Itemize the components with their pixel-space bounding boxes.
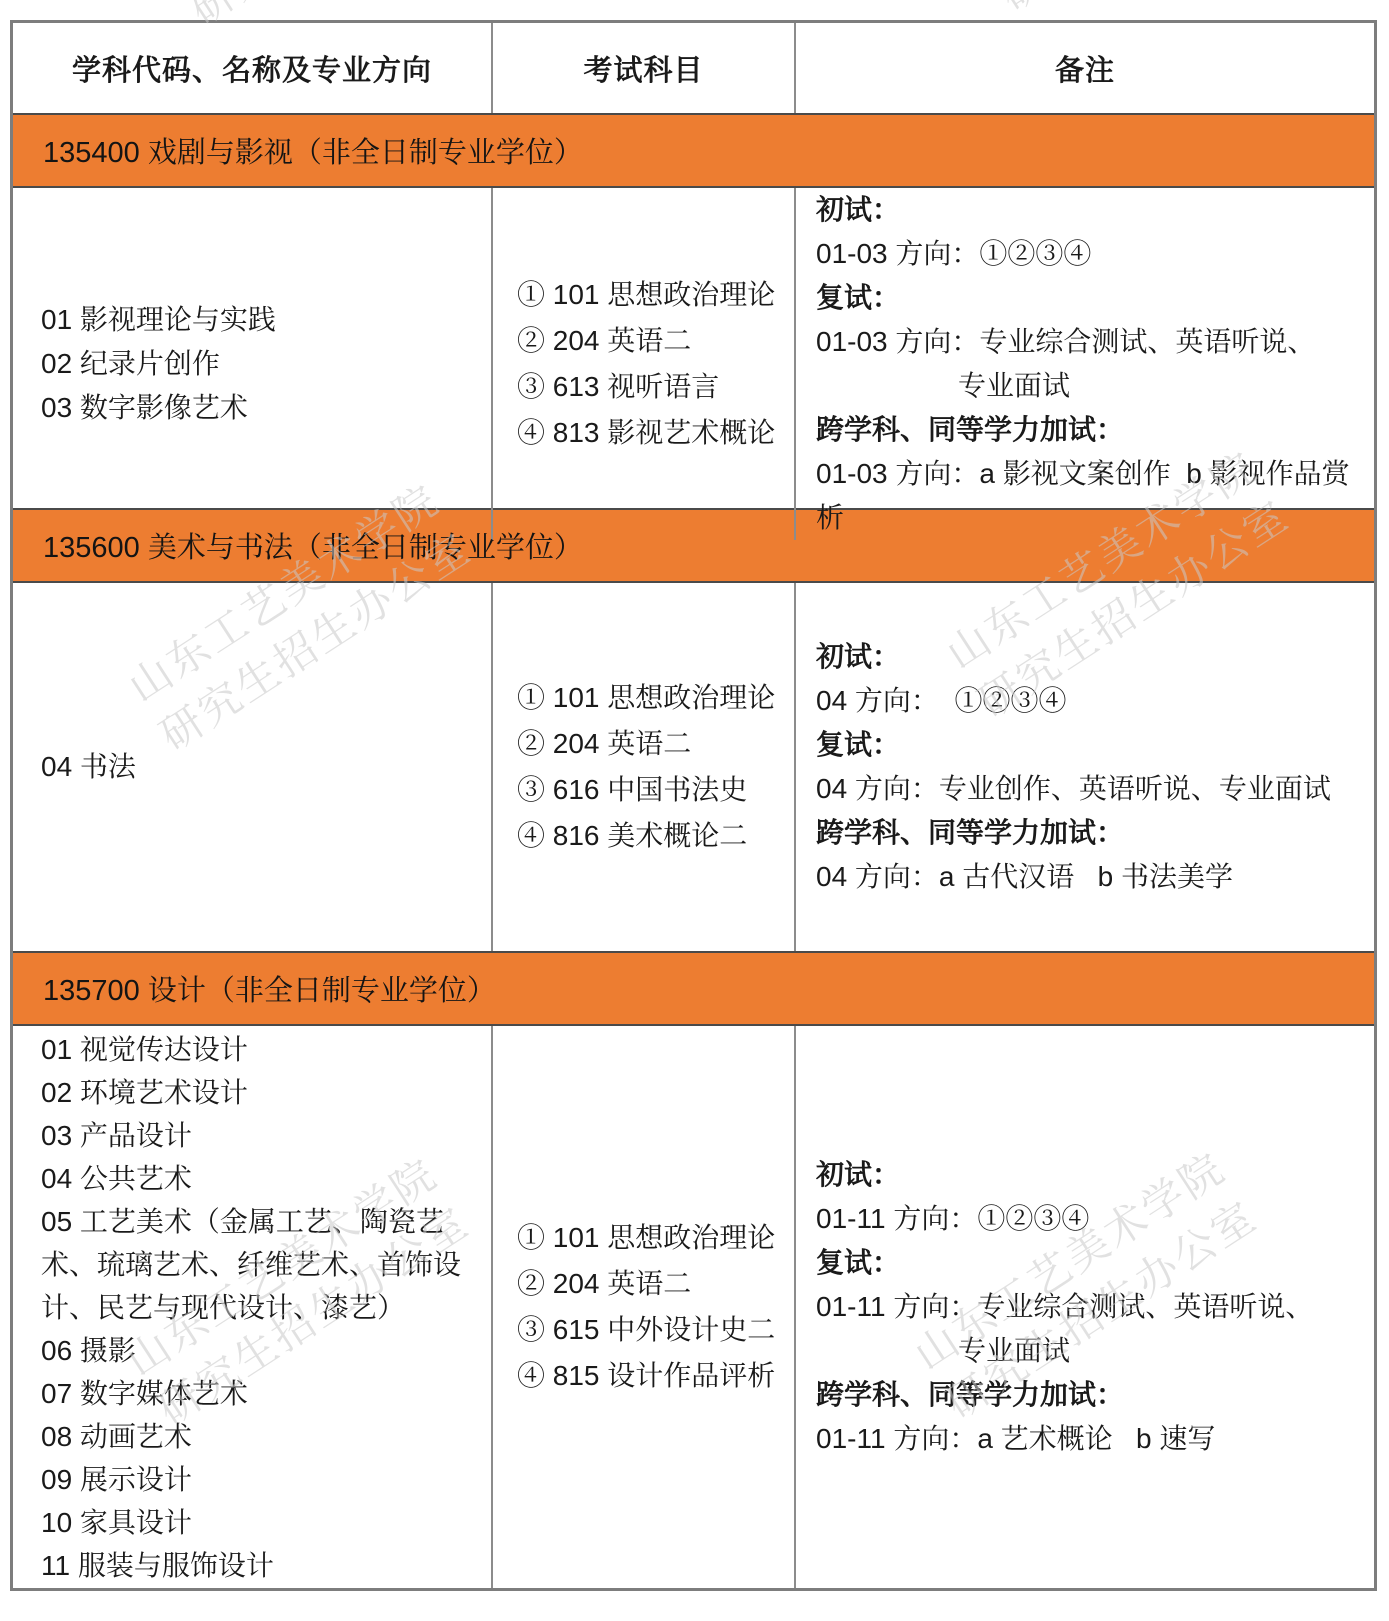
remark-line: 04 方向： ①②③④: [816, 679, 1366, 723]
remark-line: 跨学科、同等学力加试：: [816, 408, 1366, 452]
major-item: 09 展示设计: [41, 1458, 475, 1501]
major-item: 08 动画艺术: [41, 1415, 475, 1458]
major-item: 04 公共艺术: [41, 1157, 475, 1200]
exam-subject-item: ① 101 思想政治理论: [517, 675, 786, 721]
remark-line: 复试：: [816, 276, 1366, 320]
remark-line: 复试：: [816, 1241, 1366, 1285]
remark-line: 01-11 方向：专业综合测试、英语听说、: [816, 1285, 1366, 1329]
admissions-table: 学科代码、名称及专业方向 考试科目 备注 135400 戏剧与影视（非全日制专业…: [10, 20, 1377, 1591]
exam-subject-item: ③ 615 中外设计史二: [517, 1307, 786, 1353]
exam-subjects-cell: ① 101 思想政治理论 ② 204 英语二 ③ 615 中外设计史二 ④ 81…: [491, 1026, 794, 1588]
major-item: 03 产品设计: [41, 1114, 475, 1157]
exam-subjects-cell: ① 101 思想政治理论 ② 204 英语二 ③ 613 视听语言 ④ 813 …: [491, 188, 794, 540]
major-item: 01 视觉传达设计: [41, 1028, 475, 1071]
remark-line: 初试：: [816, 635, 1366, 679]
remark-line: 初试：: [816, 1153, 1366, 1197]
major-item: 07 数字媒体艺术: [41, 1372, 475, 1415]
major-item: 10 家具设计: [41, 1501, 475, 1544]
exam-subject-item: ④ 816 美术概论二: [517, 813, 786, 859]
remark-line: 01-03 方向：①②③④: [816, 232, 1366, 276]
remark-line: 01-03 方向：a 影视文案创作 b 影视作品赏析: [816, 452, 1366, 540]
remark-line: 专业面试: [816, 1329, 1366, 1373]
major-item: 01 影视理论与实践: [41, 298, 475, 342]
section-row-135700: 01 视觉传达设计 02 环境艺术设计 03 产品设计 04 公共艺术 05 工…: [13, 1026, 1374, 1588]
major-item: 06 摄影: [41, 1329, 475, 1372]
remark-line: 04 方向：a 古代汉语 b 书法美学: [816, 855, 1366, 899]
majors-cell: 04 书法: [13, 583, 491, 951]
exam-subject-item: ③ 613 视听语言: [517, 364, 786, 410]
exam-subject-item: ② 204 英语二: [517, 318, 786, 364]
remarks-cell: 初试： 01-03 方向：①②③④ 复试： 01-03 方向：专业综合测试、英语…: [794, 188, 1374, 540]
section-band-135700: 135700 设计（非全日制专业学位）: [13, 951, 1374, 1026]
remarks-cell: 初试： 01-11 方向：①②③④ 复试： 01-11 方向：专业综合测试、英语…: [794, 1026, 1374, 1588]
remarks-cell: 初试： 04 方向： ①②③④ 复试： 04 方向：专业创作、英语听说、专业面试…: [794, 583, 1374, 951]
major-item: 11 服装与服饰设计: [41, 1544, 475, 1587]
major-item: 02 纪录片创作: [41, 342, 475, 386]
exam-subjects-cell: ① 101 思想政治理论 ② 204 英语二 ③ 616 中国书法史 ④ 816…: [491, 583, 794, 951]
remark-line: 跨学科、同等学力加试：: [816, 811, 1366, 855]
remark-line: 跨学科、同等学力加试：: [816, 1373, 1366, 1417]
header-remarks: 备注: [794, 23, 1374, 113]
major-item: 04 书法: [41, 745, 475, 789]
section-band-135400: 135400 戏剧与影视（非全日制专业学位）: [13, 113, 1374, 188]
exam-subject-item: ③ 616 中国书法史: [517, 767, 786, 813]
exam-subject-item: ② 204 英语二: [517, 1261, 786, 1307]
major-item: 05 工艺美术（金属工艺、陶瓷艺术、琉璃艺术、纤维艺术、首饰设计、民艺与现代设计…: [41, 1200, 475, 1329]
exam-subject-item: ② 204 英语二: [517, 721, 786, 767]
section-row-135600: 04 书法 ① 101 思想政治理论 ② 204 英语二 ③ 616 中国书法史…: [13, 583, 1374, 951]
exam-subject-item: ① 101 思想政治理论: [517, 272, 786, 318]
remark-line: 01-11 方向：a 艺术概论 b 速写: [816, 1417, 1366, 1461]
section-row-135400: 01 影视理论与实践 02 纪录片创作 03 数字影像艺术 ① 101 思想政治…: [13, 188, 1374, 508]
header-exam-subjects: 考试科目: [491, 23, 794, 113]
header-subject-code: 学科代码、名称及专业方向: [13, 23, 491, 113]
remark-line: 初试：: [816, 188, 1366, 232]
remark-line: 专业面试: [816, 364, 1366, 408]
major-item: 02 环境艺术设计: [41, 1071, 475, 1114]
remark-line: 01-11 方向：①②③④: [816, 1197, 1366, 1241]
remark-line: 01-03 方向：专业综合测试、英语听说、: [816, 320, 1366, 364]
exam-subject-item: ① 101 思想政治理论: [517, 1215, 786, 1261]
remark-line: 复试：: [816, 723, 1366, 767]
major-item: 03 数字影像艺术: [41, 386, 475, 430]
table-header-row: 学科代码、名称及专业方向 考试科目 备注: [13, 23, 1374, 113]
exam-subject-item: ④ 813 影视艺术概论: [517, 410, 786, 456]
majors-cell: 01 视觉传达设计 02 环境艺术设计 03 产品设计 04 公共艺术 05 工…: [13, 1026, 491, 1588]
majors-cell: 01 影视理论与实践 02 纪录片创作 03 数字影像艺术: [13, 188, 491, 540]
exam-subject-item: ④ 815 设计作品评析: [517, 1353, 786, 1399]
remark-line: 04 方向：专业创作、英语听说、专业面试: [816, 767, 1366, 811]
